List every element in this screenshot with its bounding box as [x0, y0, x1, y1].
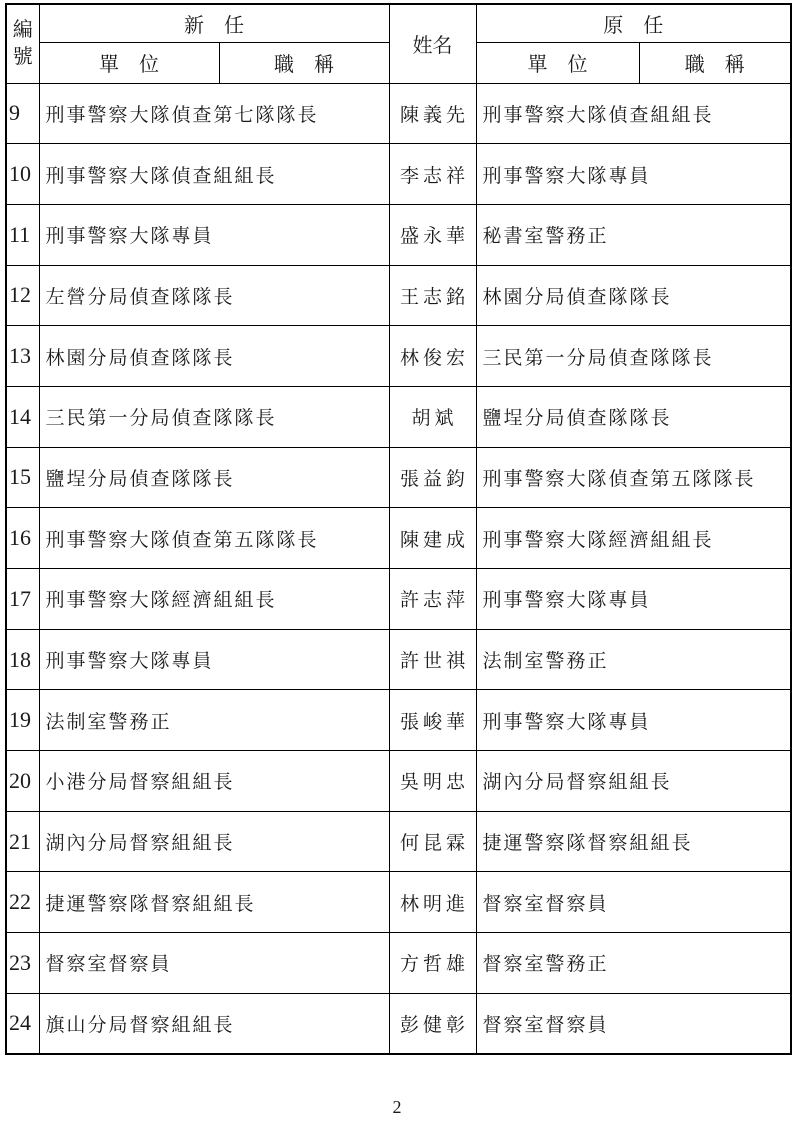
- row-id: 12: [6, 265, 39, 326]
- new-position-cell: 湖內分局督察組組長: [39, 811, 389, 872]
- table-body: 9 刑事警察大隊偵查第七隊隊長 陳義先 刑事警察大隊偵查組組長 10 刑事警察大…: [6, 83, 791, 1054]
- new-position-cell: 捷運警察隊督察組組長: [39, 872, 389, 933]
- row-id: 17: [6, 569, 39, 630]
- original-position-cell: 刑事警察大隊專員: [476, 569, 791, 630]
- header-id: 編號: [6, 4, 39, 83]
- row-id: 20: [6, 751, 39, 812]
- person-name-cell: 許世祺: [389, 629, 476, 690]
- row-id: 11: [6, 204, 39, 265]
- person-name-cell: 林明進: [389, 872, 476, 933]
- person-name-cell: 方哲雄: [389, 933, 476, 994]
- row-id: 21: [6, 811, 39, 872]
- row-id: 15: [6, 447, 39, 508]
- original-position-cell: 刑事警察大隊偵查第五隊隊長: [476, 447, 791, 508]
- header-new-title: 職 稱: [219, 42, 389, 83]
- new-position-cell: 旗山分局督察組組長: [39, 993, 389, 1054]
- table-header: 編號 新 任 姓名 原 任 單 位 職 稱 單 位 職 稱: [6, 4, 791, 83]
- person-name-cell: 陳建成: [389, 508, 476, 569]
- table-row: 13 林園分局偵查隊隊長 林俊宏 三民第一分局偵查隊隊長: [6, 326, 791, 387]
- new-position-cell: 法制室警務正: [39, 690, 389, 751]
- person-name-cell: 胡斌: [389, 386, 476, 447]
- personnel-transfer-table: 編號 新 任 姓名 原 任 單 位 職 稱 單 位 職 稱 9 刑事警察大隊偵查…: [5, 3, 792, 1055]
- original-position-cell: 林園分局偵查隊隊長: [476, 265, 791, 326]
- header-name: 姓名: [389, 4, 476, 83]
- table-row: 23 督察室督察員 方哲雄 督察室警務正: [6, 933, 791, 994]
- new-position-cell: 督察室督察員: [39, 933, 389, 994]
- original-position-cell: 督察室督察員: [476, 993, 791, 1054]
- new-position-cell: 刑事警察大隊專員: [39, 204, 389, 265]
- row-id: 13: [6, 326, 39, 387]
- table-row: 14 三民第一分局偵查隊隊長 胡斌 鹽埕分局偵查隊隊長: [6, 386, 791, 447]
- row-id: 22: [6, 872, 39, 933]
- new-position-cell: 小港分局督察組組長: [39, 751, 389, 812]
- original-position-cell: 湖內分局督察組組長: [476, 751, 791, 812]
- table-row: 15 鹽埕分局偵查隊隊長 張益鈞 刑事警察大隊偵查第五隊隊長: [6, 447, 791, 508]
- header-original-title: 職 稱: [639, 42, 791, 83]
- table-row: 11 刑事警察大隊專員 盛永華 秘書室警務正: [6, 204, 791, 265]
- new-position-cell: 刑事警察大隊專員: [39, 629, 389, 690]
- header-new-unit: 單 位: [39, 42, 219, 83]
- table-row: 19 法制室警務正 張峻華 刑事警察大隊專員: [6, 690, 791, 751]
- person-name-cell: 許志萍: [389, 569, 476, 630]
- original-position-cell: 法制室警務正: [476, 629, 791, 690]
- new-position-cell: 刑事警察大隊經濟組組長: [39, 569, 389, 630]
- row-id: 24: [6, 993, 39, 1054]
- original-position-cell: 督察室警務正: [476, 933, 791, 994]
- table-row: 17 刑事警察大隊經濟組組長 許志萍 刑事警察大隊專員: [6, 569, 791, 630]
- row-id: 16: [6, 508, 39, 569]
- person-name-cell: 彭健彰: [389, 993, 476, 1054]
- row-id: 10: [6, 144, 39, 205]
- new-position-cell: 刑事警察大隊偵查組組長: [39, 144, 389, 205]
- person-name-cell: 張峻華: [389, 690, 476, 751]
- person-name-cell: 林俊宏: [389, 326, 476, 387]
- original-position-cell: 捷運警察隊督察組組長: [476, 811, 791, 872]
- table-row: 16 刑事警察大隊偵查第五隊隊長 陳建成 刑事警察大隊經濟組組長: [6, 508, 791, 569]
- row-id: 14: [6, 386, 39, 447]
- original-position-cell: 刑事警察大隊偵查組組長: [476, 83, 791, 144]
- table-row: 24 旗山分局督察組組長 彭健彰 督察室督察員: [6, 993, 791, 1054]
- table-row: 12 左營分局偵查隊隊長 王志銘 林園分局偵查隊隊長: [6, 265, 791, 326]
- new-position-cell: 刑事警察大隊偵查第七隊隊長: [39, 83, 389, 144]
- new-position-cell: 刑事警察大隊偵查第五隊隊長: [39, 508, 389, 569]
- original-position-cell: 刑事警察大隊經濟組組長: [476, 508, 791, 569]
- table-row: 21 湖內分局督察組組長 何昆霖 捷運警察隊督察組組長: [6, 811, 791, 872]
- person-name-cell: 李志祥: [389, 144, 476, 205]
- row-id: 9: [6, 83, 39, 144]
- original-position-cell: 刑事警察大隊專員: [476, 144, 791, 205]
- person-name-cell: 王志銘: [389, 265, 476, 326]
- new-position-cell: 三民第一分局偵查隊隊長: [39, 386, 389, 447]
- person-name-cell: 何昆霖: [389, 811, 476, 872]
- new-position-cell: 左營分局偵查隊隊長: [39, 265, 389, 326]
- original-position-cell: 鹽埕分局偵查隊隊長: [476, 386, 791, 447]
- person-name-cell: 吳明忠: [389, 751, 476, 812]
- person-name-cell: 張益鈞: [389, 447, 476, 508]
- new-position-cell: 鹽埕分局偵查隊隊長: [39, 447, 389, 508]
- table-row: 9 刑事警察大隊偵查第七隊隊長 陳義先 刑事警察大隊偵查組組長: [6, 83, 791, 144]
- header-original-unit: 單 位: [476, 42, 639, 83]
- person-name-cell: 盛永華: [389, 204, 476, 265]
- table-row: 18 刑事警察大隊專員 許世祺 法制室警務正: [6, 629, 791, 690]
- row-id: 18: [6, 629, 39, 690]
- original-position-cell: 督察室督察員: [476, 872, 791, 933]
- row-id: 19: [6, 690, 39, 751]
- table-row: 10 刑事警察大隊偵查組組長 李志祥 刑事警察大隊專員: [6, 144, 791, 205]
- page-number: 2: [0, 1097, 794, 1118]
- table-row: 20 小港分局督察組組長 吳明忠 湖內分局督察組組長: [6, 751, 791, 812]
- row-id: 23: [6, 933, 39, 994]
- header-new-appointment: 新 任: [39, 4, 389, 42]
- original-position-cell: 刑事警察大隊專員: [476, 690, 791, 751]
- table-row: 22 捷運警察隊督察組組長 林明進 督察室督察員: [6, 872, 791, 933]
- person-name-cell: 陳義先: [389, 83, 476, 144]
- original-position-cell: 三民第一分局偵查隊隊長: [476, 326, 791, 387]
- header-original-appointment: 原 任: [476, 4, 791, 42]
- original-position-cell: 秘書室警務正: [476, 204, 791, 265]
- new-position-cell: 林園分局偵查隊隊長: [39, 326, 389, 387]
